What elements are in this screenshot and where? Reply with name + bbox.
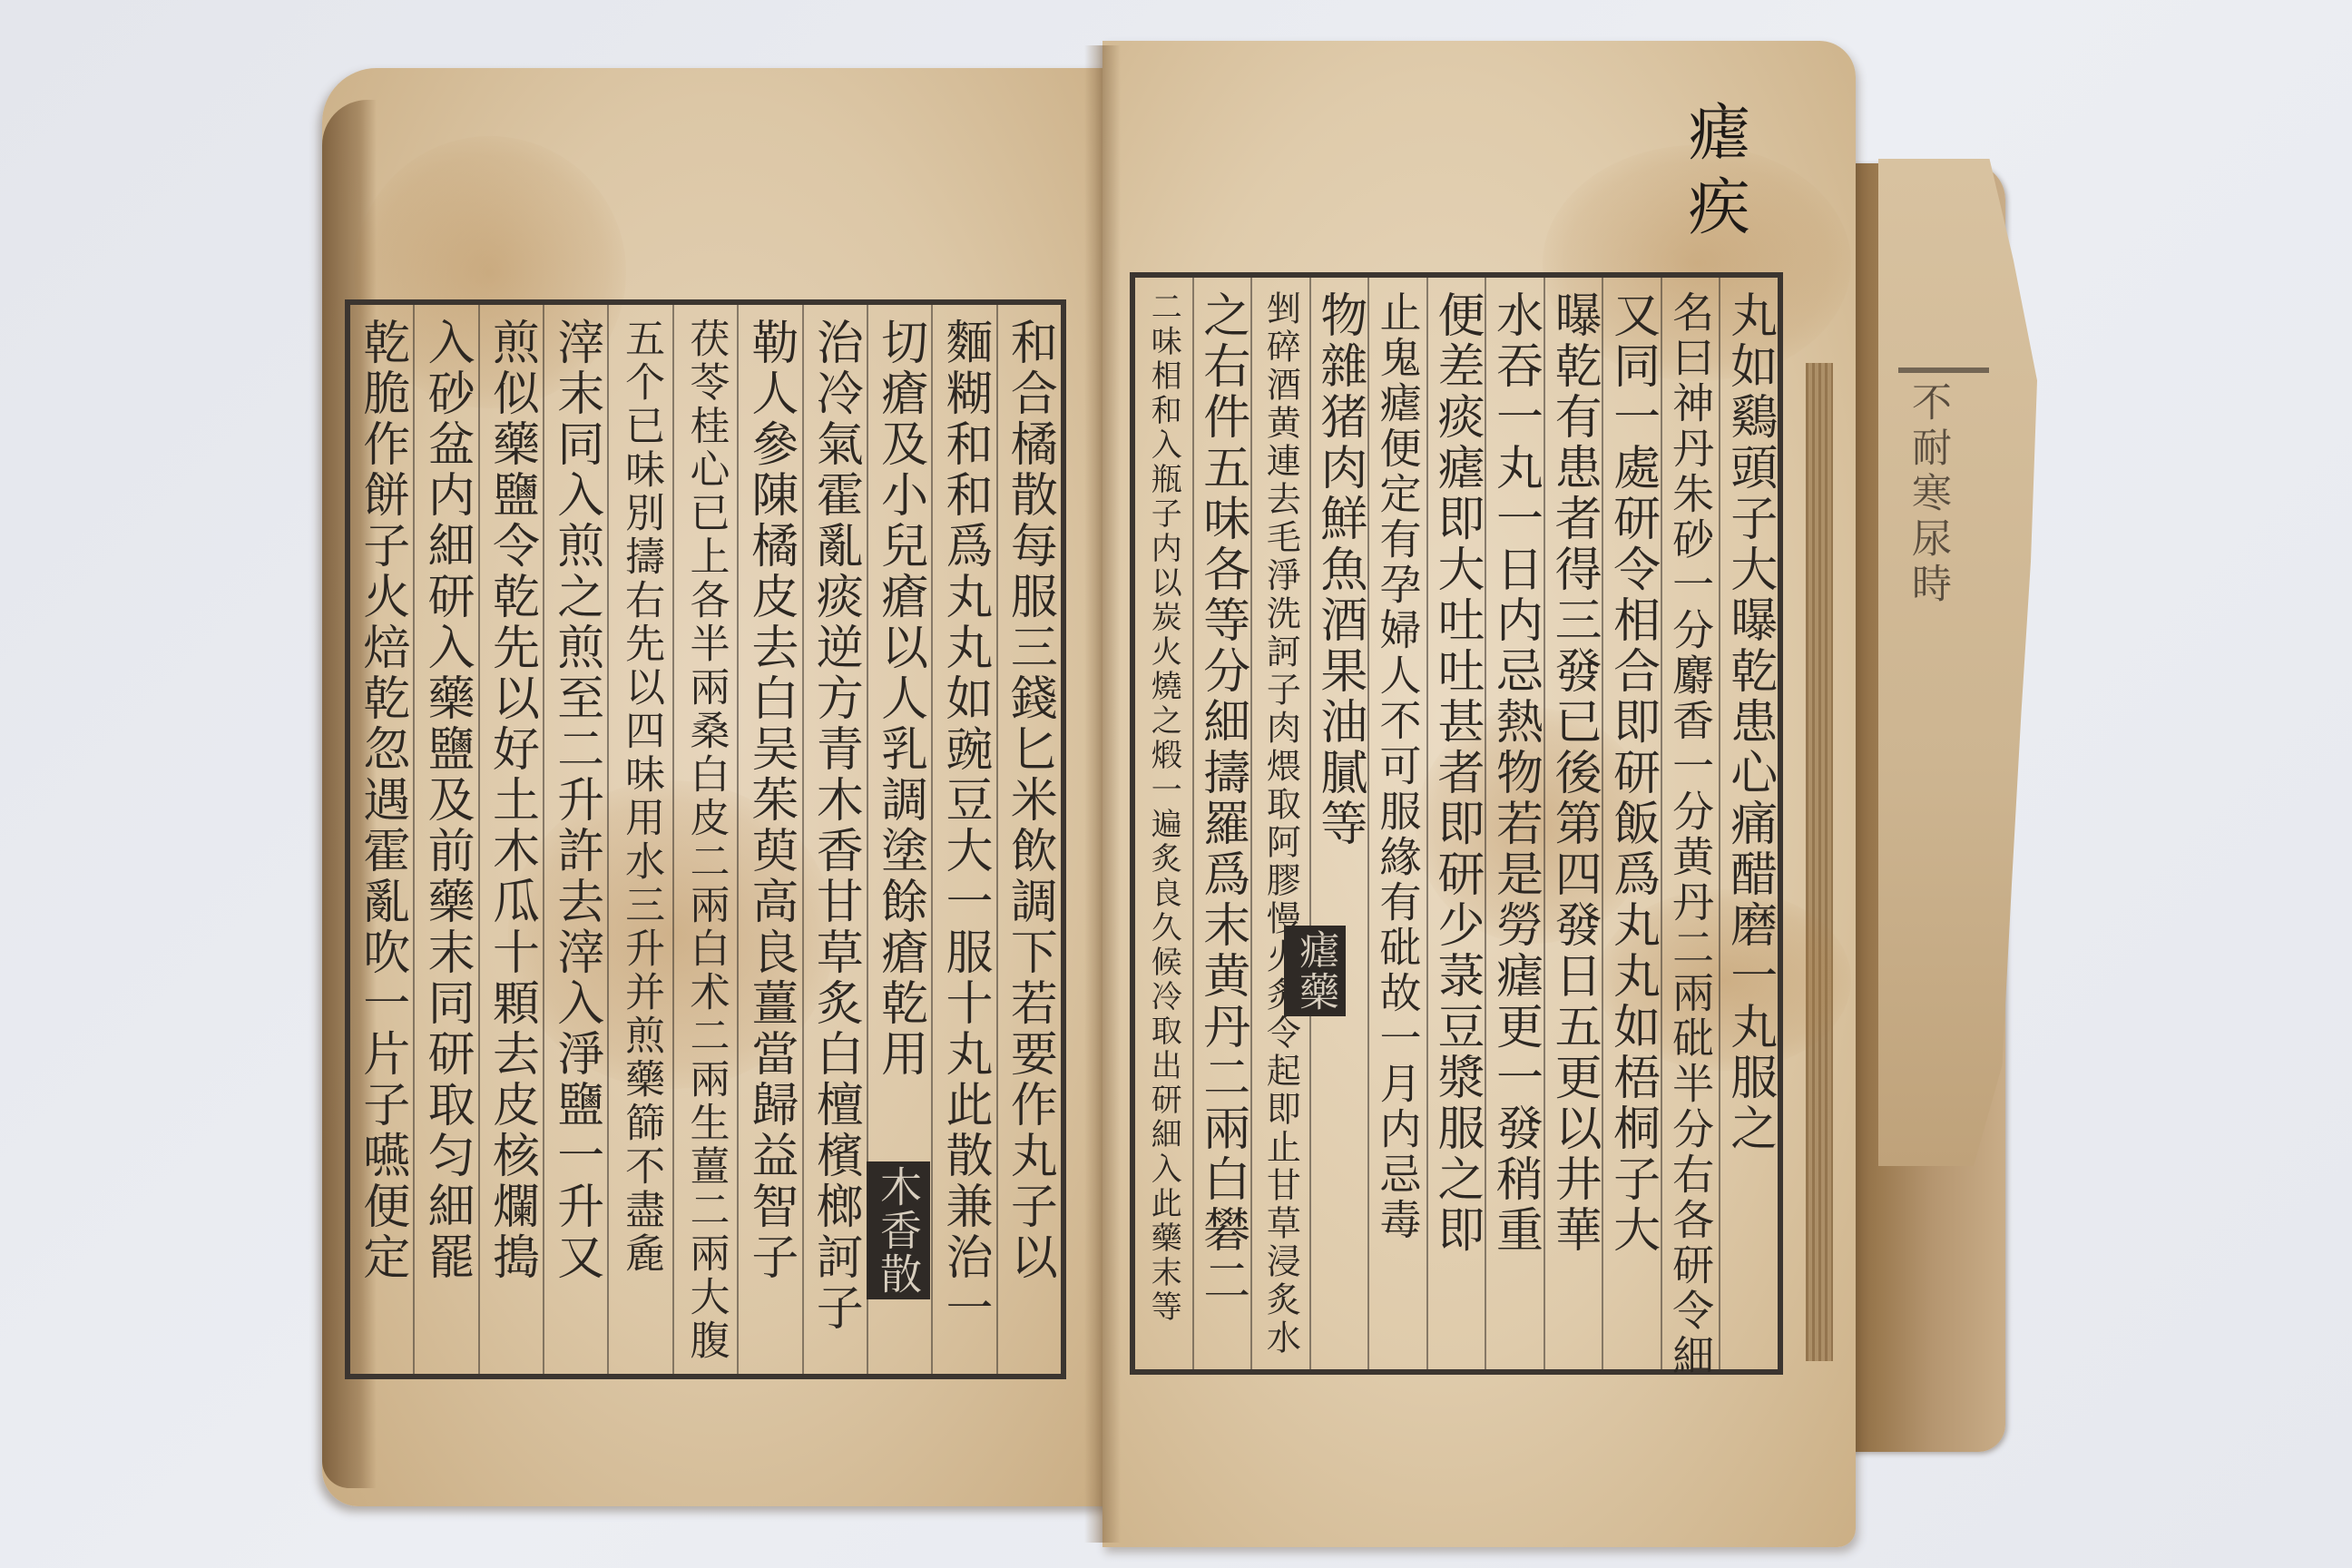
text-column: 又同一處研令相合即研飯爲丸丸如梧桐子大 bbox=[1602, 278, 1661, 1369]
text-column: 之右件五味各等分細擣羅爲末黄丹二兩白礬二 bbox=[1192, 278, 1251, 1369]
text-column: 曝乾有患者得三發已後第四發日五更以井華 bbox=[1543, 278, 1602, 1369]
text-column: 滓末同入煎之煎至二升許去滓入淨鹽一升又 bbox=[543, 305, 607, 1374]
book-gutter bbox=[1084, 45, 1121, 1543]
text-column: 二味相和入瓶子内以炭火燒之煅一遍炙良久候冷取出研細入此藥末等 bbox=[1135, 278, 1192, 1369]
text-column: 五个已味別擣右先以四味用水三升并煎藥篩不盡麁 bbox=[607, 305, 671, 1374]
page-stack-edge bbox=[1806, 363, 1833, 1361]
text-column: 丸如鷄頭子大曝乾患心痛醋磨一丸服之 bbox=[1719, 278, 1778, 1369]
torn-back-leaf bbox=[1878, 159, 2037, 1166]
text-column: 物雜猪肉鮮魚酒果油膩等 bbox=[1309, 278, 1368, 1369]
text-column: 名曰神丹朱砂一分麝香一分黄丹二兩砒半分右各研令細 bbox=[1661, 278, 1720, 1369]
left-page-formula-cartouche: 木香散 bbox=[867, 1161, 930, 1299]
text-column: 勒人參陳橘皮去白吴茱萸高良薑當歸益智子 bbox=[737, 305, 801, 1374]
text-column: 止鬼瘧便定有孕婦人不可服緣有砒故一月内忌毒 bbox=[1367, 278, 1426, 1369]
right-page-text-columns: 丸如鷄頭子大曝乾患心痛醋磨一丸服之 名曰神丹朱砂一分麝香一分黄丹二兩砒半分右各研… bbox=[1135, 278, 1778, 1369]
text-column: 治冷氣霍亂痰逆方青木香甘草炙白檀檳榔訶子 bbox=[802, 305, 867, 1374]
text-column: 入砂盆内細研入藥鹽及前藥末同研取匀細罷 bbox=[413, 305, 477, 1374]
open-book: 不耐寒尿時 瘧疾 和合橘散每服三錢匕米飲調下若要作丸子以 麵糊和和爲丸丸如豌豆大… bbox=[0, 0, 2352, 1568]
right-page-formula-cartouche: 瘧藥 bbox=[1284, 926, 1346, 1016]
handwritten-chapter-annotation: 瘧疾 bbox=[1670, 100, 1758, 249]
text-column: 和合橘散每服三錢匕米飲調下若要作丸子以 bbox=[996, 305, 1061, 1374]
torn-leaf-frame-line bbox=[1898, 367, 1989, 373]
text-column: 茯苓桂心已上各半兩桑白皮二兩白术二兩生薑二兩大腹 bbox=[672, 305, 737, 1374]
left-page-text-columns: 和合橘散每服三錢匕米飲調下若要作丸子以 麵糊和和爲丸丸如豌豆大一服十丸此散兼治一… bbox=[350, 305, 1061, 1374]
text-column: 麵糊和和爲丸丸如豌豆大一服十丸此散兼治一 bbox=[931, 305, 995, 1374]
torn-leaf-text: 不耐寒尿時 bbox=[1915, 381, 1956, 608]
text-column: 便差痰瘧即大吐吐甚者即研少菉豆漿服之即 bbox=[1426, 278, 1485, 1369]
text-column: 水吞一丸一日内忌熱物若是勞瘧更一發稍重 bbox=[1485, 278, 1543, 1369]
text-column: 煎似藥鹽令乾先以好土木瓜十顆去皮核爛搗 bbox=[478, 305, 543, 1374]
text-column: 剉碎酒黄連去毛淨洗訶子肉煨取阿膠慢火炙令起即止甘草浸炙水 bbox=[1250, 278, 1309, 1369]
text-column: 乾脆作餅子火焙乾忽遇霍亂吹一片子嚥便定 bbox=[350, 305, 413, 1374]
